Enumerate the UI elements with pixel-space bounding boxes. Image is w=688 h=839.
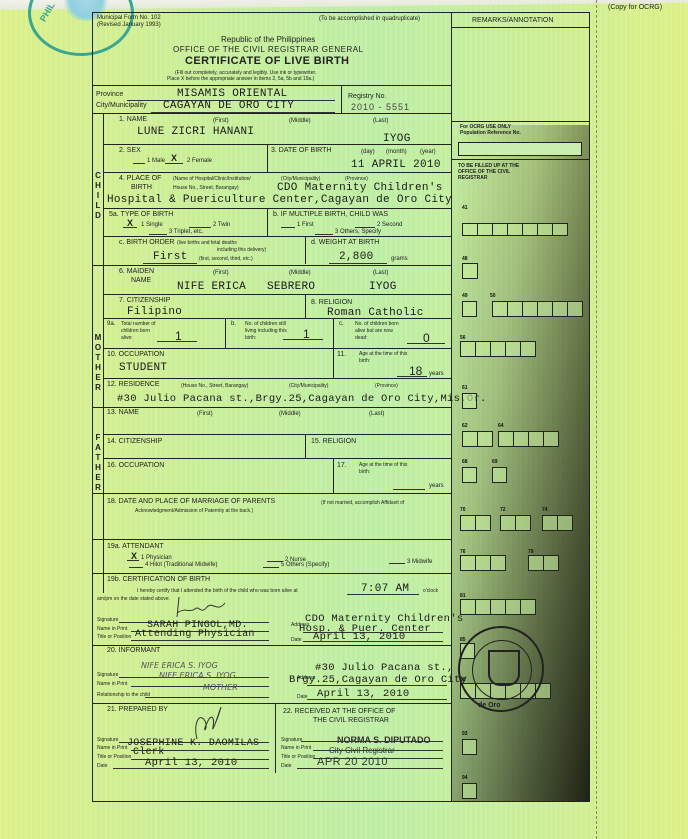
mother-middle-name[interactable]: SEBRERO [267,281,315,293]
stamp-shield-icon [488,650,520,686]
dead-children-label: No. of children born alive but are now d… [355,321,399,342]
field-48-box[interactable] [462,263,478,279]
certification-label: 19b. CERTIFICATION OF BIRTH [107,576,210,583]
hilot-option[interactable]: 4 Hilot (Traditional Midwife) [145,562,217,568]
clerk-signature [189,705,225,741]
field-61-box[interactable] [462,393,477,409]
type-of-birth-label: 5a. TYPE OF BIRTH [109,211,173,218]
weight-unit: grams [391,256,408,262]
field-72-num: 72 [500,507,506,513]
dob-month-label: (month) [386,149,407,155]
field-49-box[interactable] [462,301,477,317]
child-name-label: 1. NAME [119,116,147,123]
multiple-others-option[interactable]: 3 Others, Specify [335,229,381,235]
field-70-num: 70 [460,507,466,513]
informant-signature-label: Signature [97,672,118,678]
mother-first-sub-label: (First) [213,270,229,276]
last-sub-label: (Last) [373,118,388,124]
field-69-num: 69 [492,459,498,465]
field-74-num: 74 [542,507,548,513]
mother-age-unit: years [429,371,444,377]
birth-order-note-1: (live births and fetal deaths [177,240,237,246]
informant-address-1[interactable]: #30 Julio Pacana st., [315,662,454,674]
mother-occupation[interactable]: STUDENT [119,362,167,374]
field-49-num: 49 [462,293,468,299]
field-62-num: 62 [462,423,468,429]
fill-label-3: REGISTRAR [458,175,487,181]
form-number: Municipal Form No. 102 [97,15,161,21]
mother-citizenship-label: 7. CITIZENSHIP [119,297,170,304]
multiple-birth-label: b. IF MULTIPLE BIRTH, CHILD WAS [273,211,388,218]
attendant-label: 19a. ATTENDANT [107,543,164,550]
father-name-label: 13. NAME [107,409,139,416]
child-first-name[interactable]: LUNE ZICRI HANANI [137,126,254,138]
mother-religion-label: 8. RELIGION [311,299,352,306]
cert-signature-label: Signature [97,617,118,623]
father-age-unit: years [429,483,444,489]
cert-name-label: Name in Print [97,626,127,632]
instructions-2: Place X before the appropriate answer in… [167,76,314,82]
informant-signature: NIFE ERICA S. IYOG [141,661,218,670]
dob-label: 3. DATE OF BIRTH [271,147,331,154]
mother-section-label: MOTHER [93,333,103,393]
residence-city-sublabel: (City/Municipality) [289,383,328,389]
pob-label-2: BIRTH [131,184,152,191]
father-religion-label: 15. RELIGION [311,438,356,445]
province-value[interactable]: MISAMIS ORIENTAL [177,88,287,100]
received-label: 22. RECEIVED AT THE OFFICE OF [283,708,395,715]
sex-label: 2. SEX [119,147,141,154]
mother-last-sub-label: (Last) [373,270,388,276]
father-age-num: 17. [337,462,347,469]
relationship-label: Relationship to the child [97,692,150,698]
sex-mark: X [171,153,177,163]
field-68-box[interactable] [462,467,477,483]
others-option[interactable]: 5 Others (Specify) [281,562,329,568]
date-of-birth[interactable]: 11 APRIL 2010 [351,159,441,171]
pob-house-sublabel: House No., Street, Barangay) [173,185,239,191]
male-option[interactable]: 1 Male [147,158,165,164]
city-label: City/Municipality [96,102,147,109]
total-children-label: Total number of children born alive: [121,321,161,342]
mother-occupation-label: 10. OCCUPATION [107,351,164,358]
birth-order-label: c. BIRTH ORDER [119,239,175,246]
total-children-num: 9a. [107,321,115,327]
registrar-title[interactable]: City Civil Registrar [329,746,395,755]
field-61-num: 61 [462,385,468,391]
pob-line-1[interactable]: CDO Maternity Children's [277,182,443,194]
form-revised: (Revised January 1993) [97,22,161,28]
multiple-first-option[interactable]: 1 First [297,222,314,228]
copy-for-label: (Copy for OCRG) [608,4,662,11]
informant-date-label: Date [297,694,308,700]
remarks-title: REMARKS/ANNOTATION [472,17,553,24]
prepared-title-label: Title or Position [97,754,131,760]
mother-first-name[interactable]: NIFE ERICA [177,281,246,293]
oclock-label: o'clock [423,588,438,594]
mother-middle-sub-label: (Middle) [289,270,311,276]
child-section-label: CHILD [93,171,103,221]
population-ref-label: Population Reference No. [460,130,521,136]
residence-house-sublabel: (House No., Street, Barangay) [181,383,248,389]
father-last-sub-label: (Last) [369,411,384,417]
residence-province-sublabel: (Province) [375,383,398,389]
physician-option[interactable]: 1 Physician [141,555,172,561]
birth-order-note-3: (first, second, third, etc.) [199,256,253,262]
father-occupation-label: 16. OCCUPATION [107,462,164,469]
seal-text: PHIL [38,1,57,24]
certification-statement-2: am/pm on the date stated above. [97,596,170,602]
perforation-line [596,0,597,839]
field-41-num: 41 [462,205,468,211]
prepared-name-label: Name in Print [97,745,127,751]
prepared-by-label: 21. PREPARED BY [107,706,168,713]
pob-line-2[interactable]: Hospital & Puericulture Center,Cagayan d… [107,194,452,206]
received-label-2: THE CIVIL REGISTRAR [313,717,389,724]
field-93-num: 93 [462,731,468,737]
field-68-num: 68 [462,459,468,465]
physician-title[interactable]: Attending Physician [135,629,255,640]
received-name-label: Name in Print [281,745,311,751]
birth-certificate-form: Municipal Form No. 102 (Revised January … [92,12,452,802]
stamp-label: de Oro [478,702,501,709]
registrar-official-stamp: de Oro [458,626,544,712]
informant-relationship[interactable]: MOTHER [203,683,238,692]
single-option[interactable]: 1 Single [141,222,163,228]
weight-value[interactable]: 2,800 [339,251,374,263]
mother-last-name[interactable]: IYOG [369,281,397,293]
female-option[interactable]: 2 Female [187,158,212,164]
received-signature-label: Signature [281,737,302,743]
field-50-num: 50 [490,293,496,299]
dob-day-label: (day) [361,149,375,155]
physician-signature [173,593,233,621]
document-title: CERTIFICATE OF LIVE BIRTH [185,55,349,67]
field-93-box[interactable] [462,739,477,755]
cert-date-label: Date [291,637,302,643]
accomplish-note: (To be accomplished in quadruplicate) [319,16,420,22]
received-date-label: Date [281,763,292,769]
registry-number[interactable]: 2010 - 5551 [351,102,410,112]
marriage-note: (If not married, accomplish Affidavit of [321,500,404,506]
dead-children-num: c. [339,321,344,327]
mother-age-label: Age at the time of this birth: [359,351,409,365]
father-section-label: FATHER [93,433,103,493]
field-48-num: 48 [462,256,468,262]
field-64-num: 64 [498,423,504,429]
twin-option[interactable]: 2 Twin [213,222,230,228]
living-children-num: b. [231,321,236,327]
middle-sub-label: (Middle) [289,118,311,124]
dob-year-label: (year) [420,149,436,155]
multiple-second-option[interactable]: 2 Second [377,222,402,228]
informant-label: 20. INFORMANT [107,647,160,654]
father-first-sub-label: (First) [197,411,213,417]
maiden-name-label-2: NAME [131,277,151,284]
registry-label: Registry No. [348,93,387,100]
marriage-label: 18. DATE AND PLACE OF MARRIAGE OF PARENT… [107,498,275,505]
field-94-box[interactable] [462,783,477,799]
maiden-name-label: 6. MAIDEN [119,268,154,275]
republic-label: Republic of the Philippines [221,35,315,44]
pob-label: 4. PLACE OF [119,175,161,182]
father-middle-sub-label: (Middle) [279,411,301,417]
father-citizenship-label: 14. CITIZENSHIP [107,438,162,445]
prepared-date-label: Date [97,763,108,769]
triplet-option[interactable]: 3 Triplet, etc. [169,229,203,235]
cert-title-label: Title or Position [97,634,131,640]
received-title-label: Title or Position [281,754,315,760]
informant-name-label: Name in Print [97,681,127,687]
pob-hospital-sublabel: (Name of Hospital/Clinic/Institution/ [173,176,251,182]
population-reference-field[interactable] [458,142,582,156]
office-label: OFFICE OF THE CIVIL REGISTRAR GENERAL [173,45,364,54]
registrar-name[interactable]: NORMA S. DIPUTADO [337,735,431,745]
midwife-option[interactable]: 3 Midwife [407,559,432,565]
city-value[interactable]: CAGAYAN DE ORO CITY [163,100,294,112]
birth-order-note-2: including this delivery) [217,247,266,253]
birth-order-value[interactable]: First [153,251,188,263]
remarks-text-area[interactable] [456,33,584,113]
marriage-note-2: Acknowledgment/Admission of Paternity at… [135,508,253,514]
field-69-box[interactable] [492,467,507,483]
mother-age-num: 11. [337,351,346,358]
mother-citizenship[interactable]: Filipino [127,306,182,318]
field-94-num: 94 [462,775,468,781]
father-age-label: Age at the time of this birth: [359,462,409,476]
residence-label: 12. RESIDENCE [107,381,160,388]
weight-label: d. WEIGHT AT BIRTH [311,239,379,246]
informant-name[interactable]: NIFE ERICA S. IYOG [159,671,236,680]
first-sub-label: (First) [213,118,229,124]
received-date-stamp[interactable]: APR 20 2010 [317,756,388,768]
province-label: Province [96,91,123,98]
mother-residence[interactable]: #30 Julio Pacana st.,Brgy.25,Cagayan de … [117,393,487,405]
prepared-signature-label: Signature [97,737,118,743]
